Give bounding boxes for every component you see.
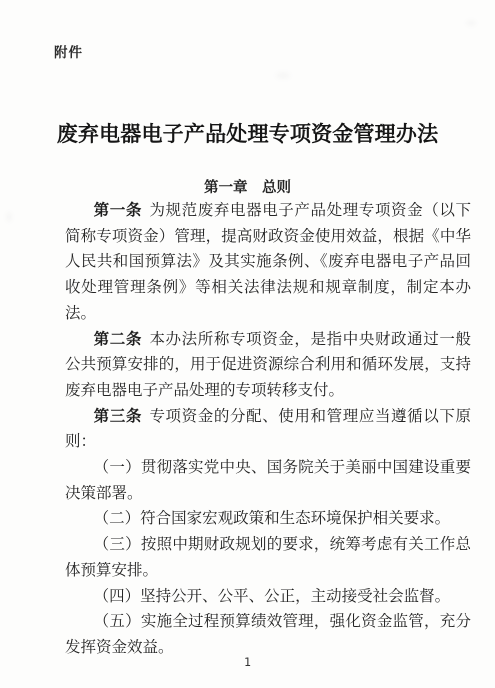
scan-smudge — [466, 20, 476, 26]
paragraph-text: （五）实施全过程预算绩效管理，强化资金监管，充分发挥资金效益。 — [65, 613, 471, 656]
article-number: 第二条 — [94, 331, 142, 348]
article-number: 第一条 — [94, 202, 142, 219]
document-body: 第一条为规范废弃电器电子产品处理专项资金（以下简称专项资金）管理，提高财政资金使… — [65, 198, 471, 661]
scan-smudge — [6, 212, 12, 222]
paragraph-text: （二）符合国家宏观政策和生态环境保护相关要求。 — [94, 510, 451, 527]
page-number: 1 — [0, 655, 495, 669]
paragraph: 第一条为规范废弃电器电子产品处理专项资金（以下简称专项资金）管理，提高财政资金使… — [65, 198, 471, 327]
chapter-heading: 第一章 总则 — [0, 176, 495, 197]
paragraph: （一）贯彻落实党中央、国务院关于美丽中国建设重要决策部署。 — [65, 455, 471, 506]
paragraph: （四）坚持公开、公平、公正，主动接受社会监督。 — [65, 584, 471, 610]
paragraph-text: （一）贯彻落实党中央、国务院关于美丽中国建设重要决策部署。 — [65, 459, 471, 502]
scan-smudge — [276, 72, 290, 79]
paragraph: （五）实施全过程预算绩效管理，强化资金监管，充分发挥资金效益。 — [65, 609, 471, 660]
paragraph-text: （三）按照中期财政规划的要求，统筹考虑有关工作总体预算安排。 — [65, 536, 471, 579]
paragraph: （二）符合国家宏观政策和生态环境保护相关要求。 — [65, 506, 471, 532]
document-title: 废弃电器电子产品处理专项资金管理办法 — [0, 118, 495, 148]
paragraph-text: 为规范废弃电器电子产品处理专项资金（以下简称专项资金）管理，提高财政资金使用效益… — [65, 202, 471, 322]
paragraph: 第二条本办法所称专项资金，是指中央财政通过一般公共预算安排的，用于促进资源综合利… — [65, 327, 471, 404]
document-page: 附件 废弃电器电子产品处理专项资金管理办法 第一章 总则 第一条为规范废弃电器电… — [0, 0, 495, 688]
attachment-label: 附件 — [54, 41, 83, 61]
paragraph: 第三条专项资金的分配、使用和管理应当遵循以下原则： — [65, 404, 471, 455]
paragraph: （三）按照中期财政规划的要求，统筹考虑有关工作总体预算安排。 — [65, 532, 471, 583]
paragraph-text: （四）坚持公开、公平、公正，主动接受社会监督。 — [94, 588, 451, 605]
article-number: 第三条 — [94, 408, 142, 425]
